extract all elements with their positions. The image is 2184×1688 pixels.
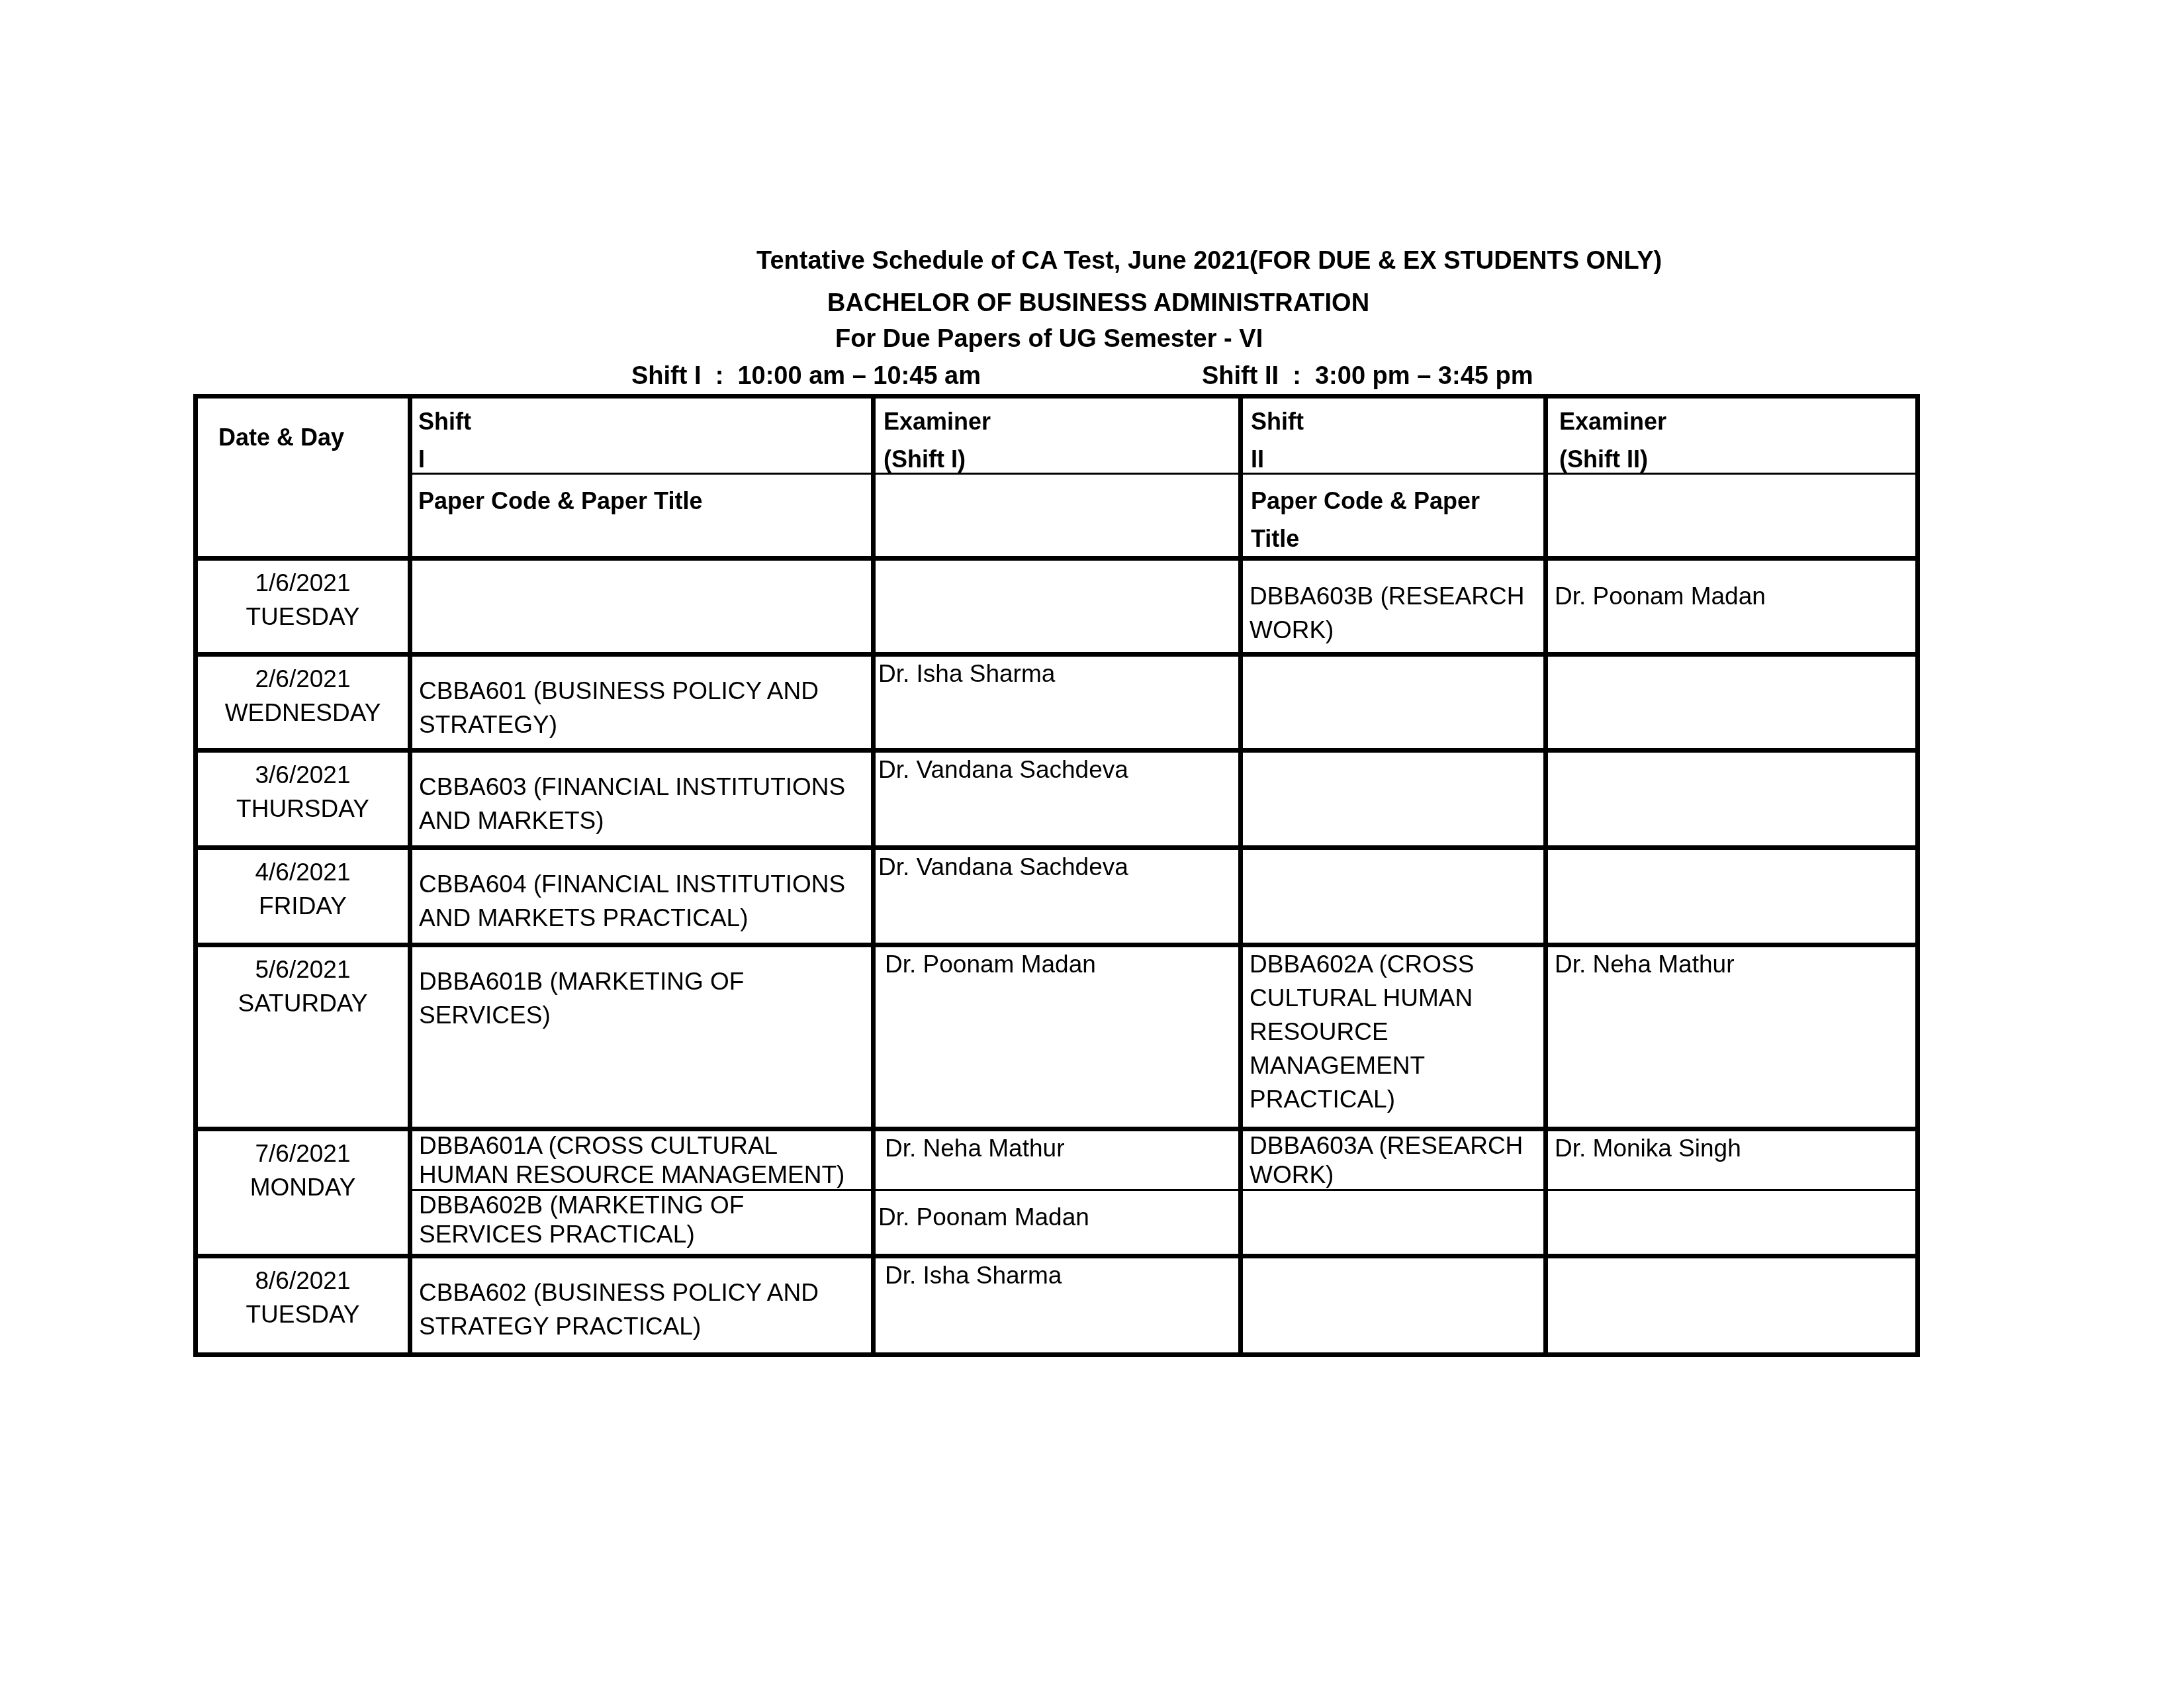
column-divider	[408, 394, 412, 1357]
header-shift1-paper: Paper Code & Paper Title	[418, 482, 702, 520]
header-shift2: Shift II	[1251, 402, 1304, 478]
date-cell: 7/6/2021 MONDAY	[198, 1137, 408, 1204]
column-divider	[871, 394, 876, 1357]
shift1-examiner-cell: Dr. Neha Mathur	[885, 1131, 1064, 1165]
row-divider	[193, 556, 1915, 561]
row-divider	[193, 1352, 1915, 1357]
row-divider	[193, 1254, 1915, 1258]
shift1-examiner-cell: Dr. Poonam Madan	[878, 1200, 1089, 1234]
document-subtitle: For Due Papers of UG Semester - VI	[835, 326, 1263, 352]
shift1-timing: Shift I : 10:00 am – 10:45 am	[631, 363, 981, 389]
header-shift2-paper: Paper Code & Paper Title	[1251, 482, 1480, 557]
date-cell: 5/6/2021 SATURDAY	[198, 953, 408, 1020]
row-divider	[193, 1127, 1915, 1131]
table-border-right	[1915, 394, 1920, 1357]
table-border-top	[193, 394, 1920, 399]
header-divider	[408, 473, 1915, 475]
shift2-examiner-cell: Dr. Poonam Madan	[1555, 579, 1766, 613]
shift1-examiner-cell: Dr. Vandana Sachdeva	[878, 753, 1128, 786]
shift1-examiner-cell: Dr. Poonam Madan	[885, 947, 1096, 981]
shift1-examiner-cell: Dr. Vandana Sachdeva	[878, 850, 1128, 884]
shift2-examiner-cell: Dr. Monika Singh	[1555, 1131, 1741, 1165]
document-title: Tentative Schedule of CA Test, June 2021…	[756, 248, 1662, 273]
shift1-paper-cell: CBBA603 (FINANCIAL INSTITUTIONS AND MARK…	[419, 770, 869, 837]
shift2-timing: Shift II : 3:00 pm – 3:45 pm	[1202, 363, 1533, 389]
row-divider	[193, 652, 1915, 657]
date-cell: 3/6/2021 THURSDAY	[198, 758, 408, 825]
shift2-paper-cell: DBBA602A (CROSS CULTURAL HUMAN RESOURCE …	[1250, 947, 1541, 1116]
shift1-paper-cell: CBBA601 (BUSINESS POLICY AND STRATEGY)	[419, 674, 869, 741]
date-cell: 8/6/2021 TUESDAY	[198, 1264, 408, 1331]
column-divider	[1238, 394, 1243, 1357]
date-cell: 1/6/2021 TUESDAY	[198, 566, 408, 633]
header-examiner1: Examiner (Shift I)	[884, 402, 991, 478]
shift1-examiner-cell: Dr. Isha Sharma	[885, 1258, 1062, 1292]
date-cell: 2/6/2021 WEDNESDAY	[198, 662, 408, 729]
shift1-paper-cell: DBBA602B (MARKETING OF SERVICES PRACTICA…	[419, 1191, 869, 1249]
header-shift1: Shift I	[418, 402, 471, 478]
table-border-left	[193, 394, 198, 1357]
sub-row-divider	[408, 1189, 1915, 1191]
program-name: BACHELOR OF BUSINESS ADMINISTRATION	[827, 291, 1369, 316]
header-date-day: Date & Day	[218, 418, 344, 456]
shift1-paper-cell: CBBA604 (FINANCIAL INSTITUTIONS AND MARK…	[419, 867, 869, 935]
shift1-paper-cell: CBBA602 (BUSINESS POLICY AND STRATEGY PR…	[419, 1276, 869, 1343]
shift1-paper-cell: DBBA601A (CROSS CULTURAL HUMAN RESOURCE …	[419, 1131, 869, 1190]
shift1-paper-cell: DBBA601B (MARKETING OF SERVICES)	[419, 964, 869, 1032]
row-divider	[193, 943, 1915, 947]
column-divider	[1543, 394, 1548, 1357]
shift1-examiner-cell: Dr. Isha Sharma	[878, 657, 1055, 690]
shift2-examiner-cell: Dr. Neha Mathur	[1555, 947, 1734, 981]
row-divider	[193, 845, 1915, 850]
header-examiner2: Examiner (Shift II)	[1559, 402, 1666, 478]
date-cell: 4/6/2021 FRIDAY	[198, 855, 408, 923]
row-divider	[193, 748, 1915, 753]
shift2-paper-cell: DBBA603B (RESEARCH WORK)	[1250, 579, 1541, 647]
shift2-paper-cell: DBBA603A (RESEARCH WORK)	[1250, 1131, 1541, 1190]
